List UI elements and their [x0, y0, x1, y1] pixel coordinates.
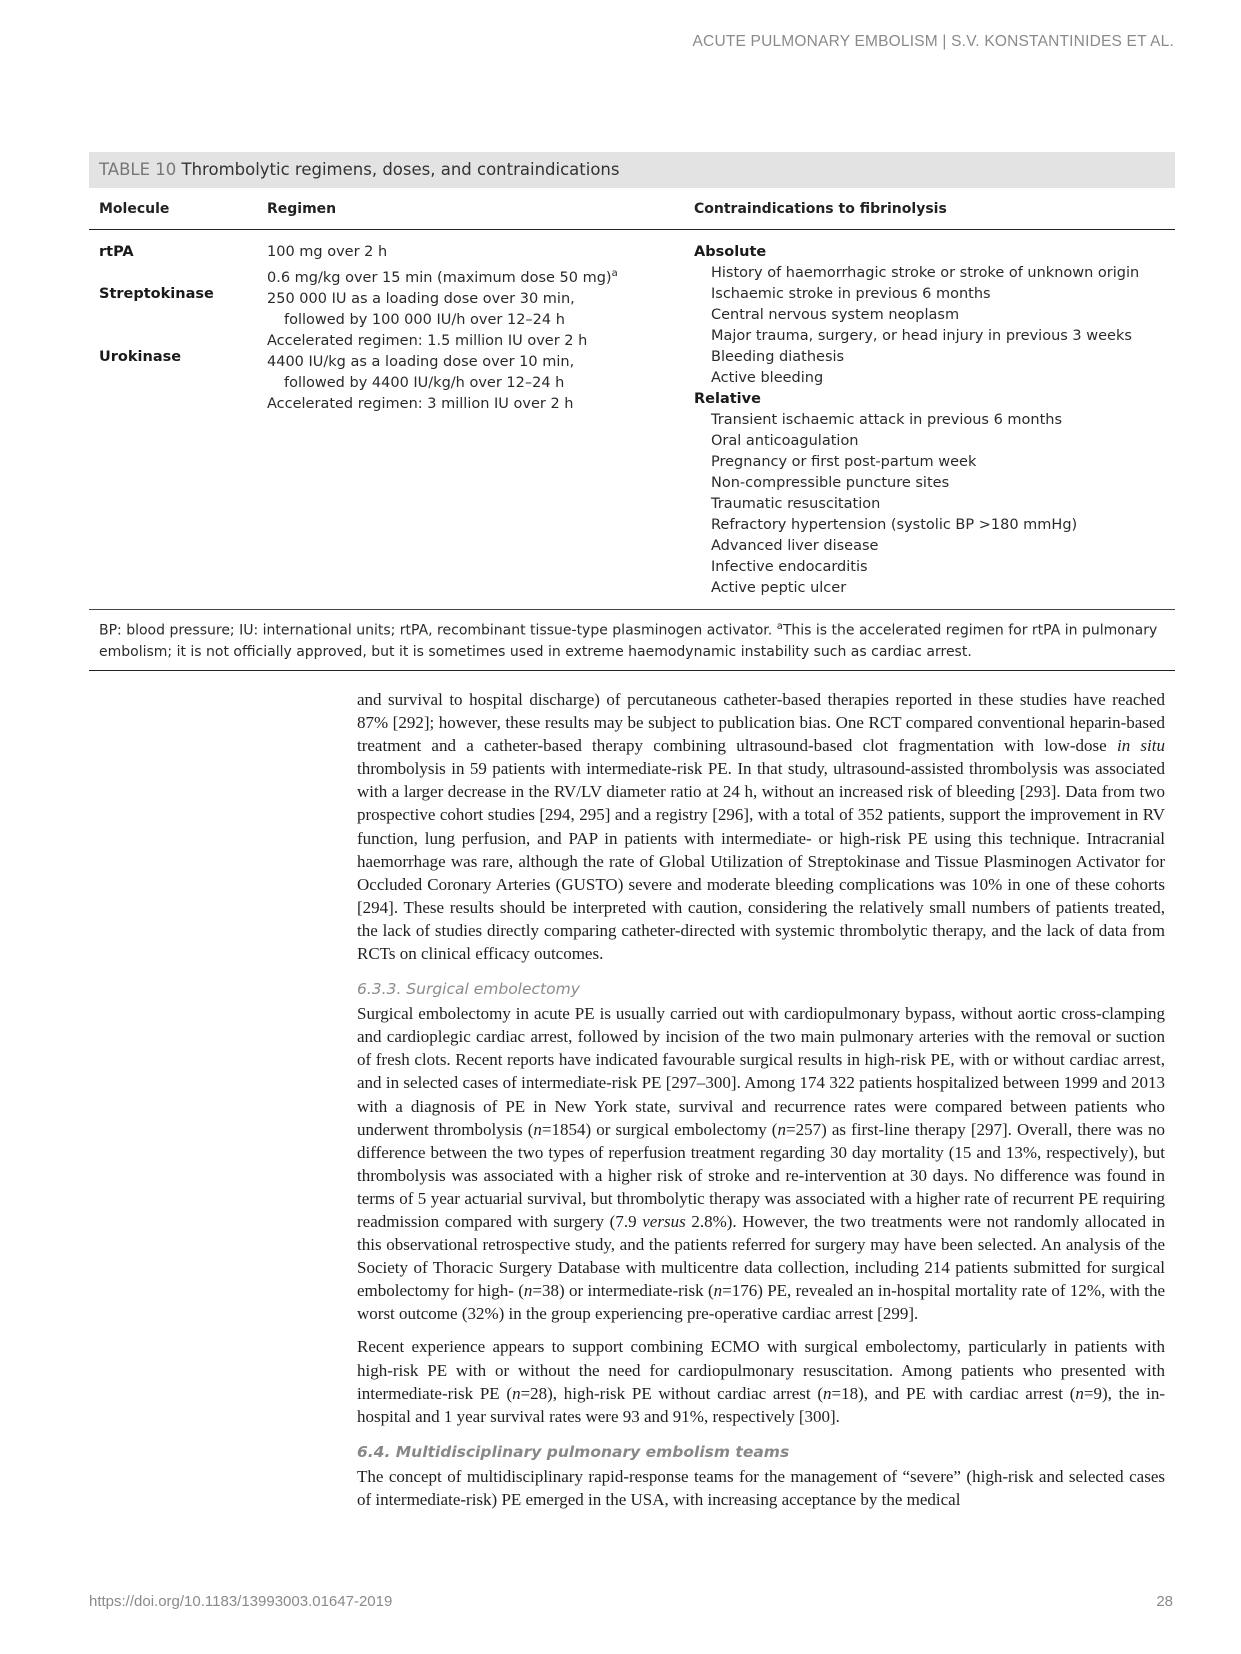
- contraindication-item: Traumatic resuscitation: [694, 494, 1175, 515]
- regimen-line: Accelerated regimen: 3 million IU over 2…: [267, 394, 694, 415]
- table-number: TABLE 10: [99, 160, 176, 179]
- molecule-cell: Streptokinase: [99, 284, 267, 347]
- paragraph-catheter-therapy: and survival to hospital discharge) of p…: [357, 688, 1165, 965]
- molecule-name: rtPA: [99, 242, 267, 263]
- regimen-column: 100 mg over 2 h0.6 mg/kg over 15 min (ma…: [267, 242, 694, 599]
- regimen-cell: 100 mg over 2 h0.6 mg/kg over 15 min (ma…: [267, 242, 694, 289]
- paragraph-ecmo: Recent experience appears to support com…: [357, 1335, 1165, 1427]
- body-text: and survival to hospital discharge) of p…: [357, 688, 1165, 1521]
- table-header-row: Molecule Regimen Contraindications to fi…: [89, 188, 1175, 230]
- section-heading-surgical-embolectomy: 6.3.3. Surgical embolectomy: [357, 979, 1165, 1000]
- contraindication-item: Oral anticoagulation: [694, 431, 1175, 452]
- table-10: TABLE 10 Thrombolytic regimens, doses, a…: [89, 152, 1175, 671]
- regimen-line: followed by 4400 IU/kg/h over 12–24 h: [267, 373, 694, 394]
- contraindication-item: Refractory hypertension (systolic BP >18…: [694, 515, 1175, 536]
- molecule-cell: rtPA: [99, 242, 267, 284]
- contraindication-item: Central nervous system neoplasm: [694, 305, 1175, 326]
- paragraph-surgical-embolectomy: Surgical embolectomy in acute PE is usua…: [357, 1002, 1165, 1325]
- header-contraindications: Contraindications to fibrinolysis: [694, 201, 1175, 217]
- page-number: 28: [1156, 1593, 1173, 1610]
- contraindication-item: Non-compressible puncture sites: [694, 473, 1175, 494]
- section-heading-pe-teams: 6.4. Multidisciplinary pulmonary embolis…: [357, 1442, 1165, 1463]
- molecule-name: Urokinase: [99, 347, 267, 368]
- contraindication-item: Bleeding diathesis: [694, 347, 1175, 368]
- regimen-line: 100 mg over 2 h: [267, 242, 694, 263]
- contraindication-item: Active peptic ulcer: [694, 578, 1175, 599]
- contraindication-item: Advanced liver disease: [694, 536, 1175, 557]
- header-molecule: Molecule: [89, 201, 267, 217]
- contraindication-item: Pregnancy or first post-partum week: [694, 452, 1175, 473]
- regimen-line: Accelerated regimen: 1.5 million IU over…: [267, 331, 694, 352]
- paragraph-pe-teams: The concept of multidisciplinary rapid-r…: [357, 1465, 1165, 1511]
- contraindication-item: Active bleeding: [694, 368, 1175, 389]
- regimen-line: followed by 100 000 IU/h over 12–24 h: [267, 310, 694, 331]
- contraindication-item: Infective endocarditis: [694, 557, 1175, 578]
- molecule-column: rtPA Streptokinase Urokinase: [89, 242, 267, 599]
- footnote-abbreviations: BP: blood pressure; IU: international un…: [99, 623, 777, 639]
- contraindications-column: AbsoluteHistory of haemorrhagic stroke o…: [694, 242, 1175, 599]
- contraindication-item: History of haemorrhagic stroke or stroke…: [694, 263, 1175, 284]
- regimen-cell: 250 000 IU as a loading dose over 30 min…: [267, 289, 694, 352]
- regimen-line: 250 000 IU as a loading dose over 30 min…: [267, 289, 694, 310]
- table-footnote: BP: blood pressure; IU: international un…: [89, 609, 1175, 671]
- molecule-name: Streptokinase: [99, 284, 267, 305]
- contraindication-item: Major trauma, surgery, or head injury in…: [694, 326, 1175, 347]
- regimen-cell: 4400 IU/kg as a loading dose over 10 min…: [267, 352, 694, 415]
- running-head: ACUTE PULMONARY EMBOLISM | S.V. KONSTANT…: [693, 33, 1174, 51]
- regimen-line: 0.6 mg/kg over 15 min (maximum dose 50 m…: [267, 263, 694, 289]
- regimen-line: 4400 IU/kg as a loading dose over 10 min…: [267, 352, 694, 373]
- doi-link[interactable]: https://doi.org/10.1183/13993003.01647-2…: [89, 1593, 392, 1610]
- table-body: rtPA Streptokinase Urokinase 100 mg over…: [89, 230, 1175, 609]
- table-title: TABLE 10 Thrombolytic regimens, doses, a…: [89, 152, 1175, 188]
- table-caption: Thrombolytic regimens, doses, and contra…: [176, 160, 619, 179]
- contraindication-group-label: Absolute: [694, 242, 1175, 263]
- contraindication-item: Transient ischaemic attack in previous 6…: [694, 410, 1175, 431]
- molecule-cell: Urokinase: [99, 347, 267, 410]
- contraindication-group-label: Relative: [694, 389, 1175, 410]
- contraindication-item: Ischaemic stroke in previous 6 months: [694, 284, 1175, 305]
- header-regimen: Regimen: [267, 201, 694, 217]
